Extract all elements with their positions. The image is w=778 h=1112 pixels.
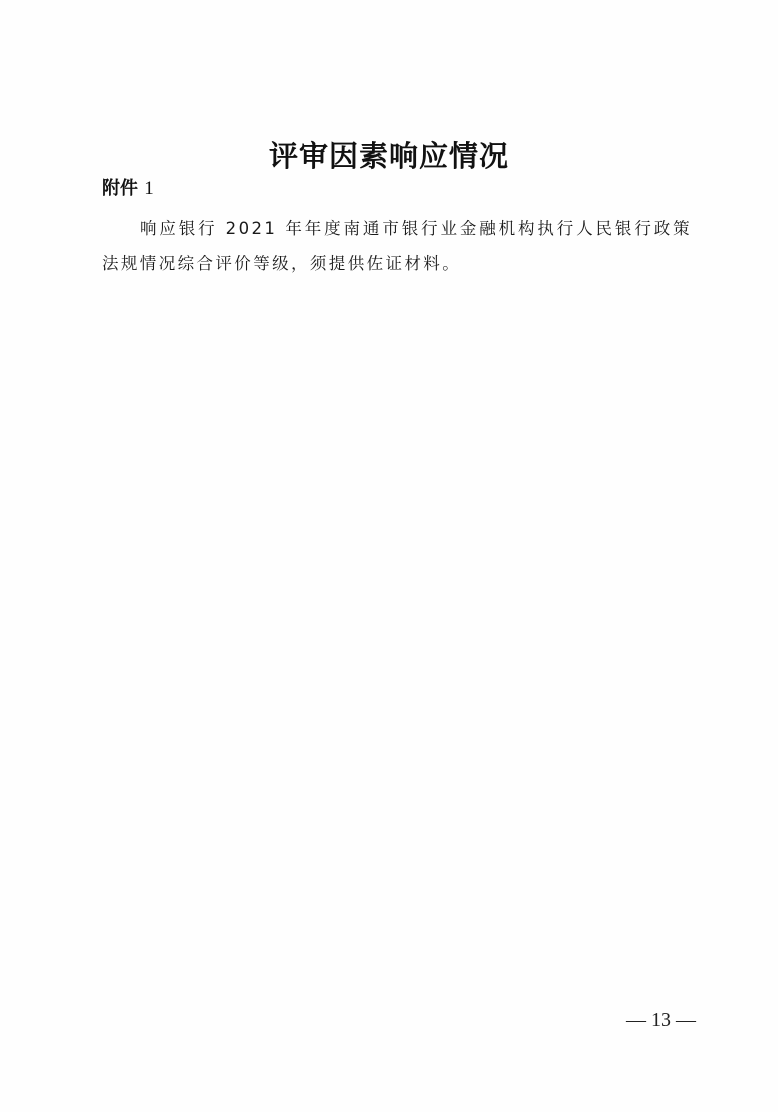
page-title: 评审因素响应情况 xyxy=(0,134,778,178)
body-paragraph: 响应银行 2021 年年度南通市银行业金融机构执行人民银行政策法规情况综合评价等… xyxy=(102,211,692,281)
attachment-label: 附件 xyxy=(102,178,138,199)
document-page: 评审因素响应情况 附件 1 响应银行 2021 年年度南通市银行业金融机构执行人… xyxy=(0,0,778,1112)
attachment-number: 1 xyxy=(144,178,154,199)
attachment-heading: 附件 1 xyxy=(102,176,154,202)
page-number: — 13 — xyxy=(626,1006,696,1034)
